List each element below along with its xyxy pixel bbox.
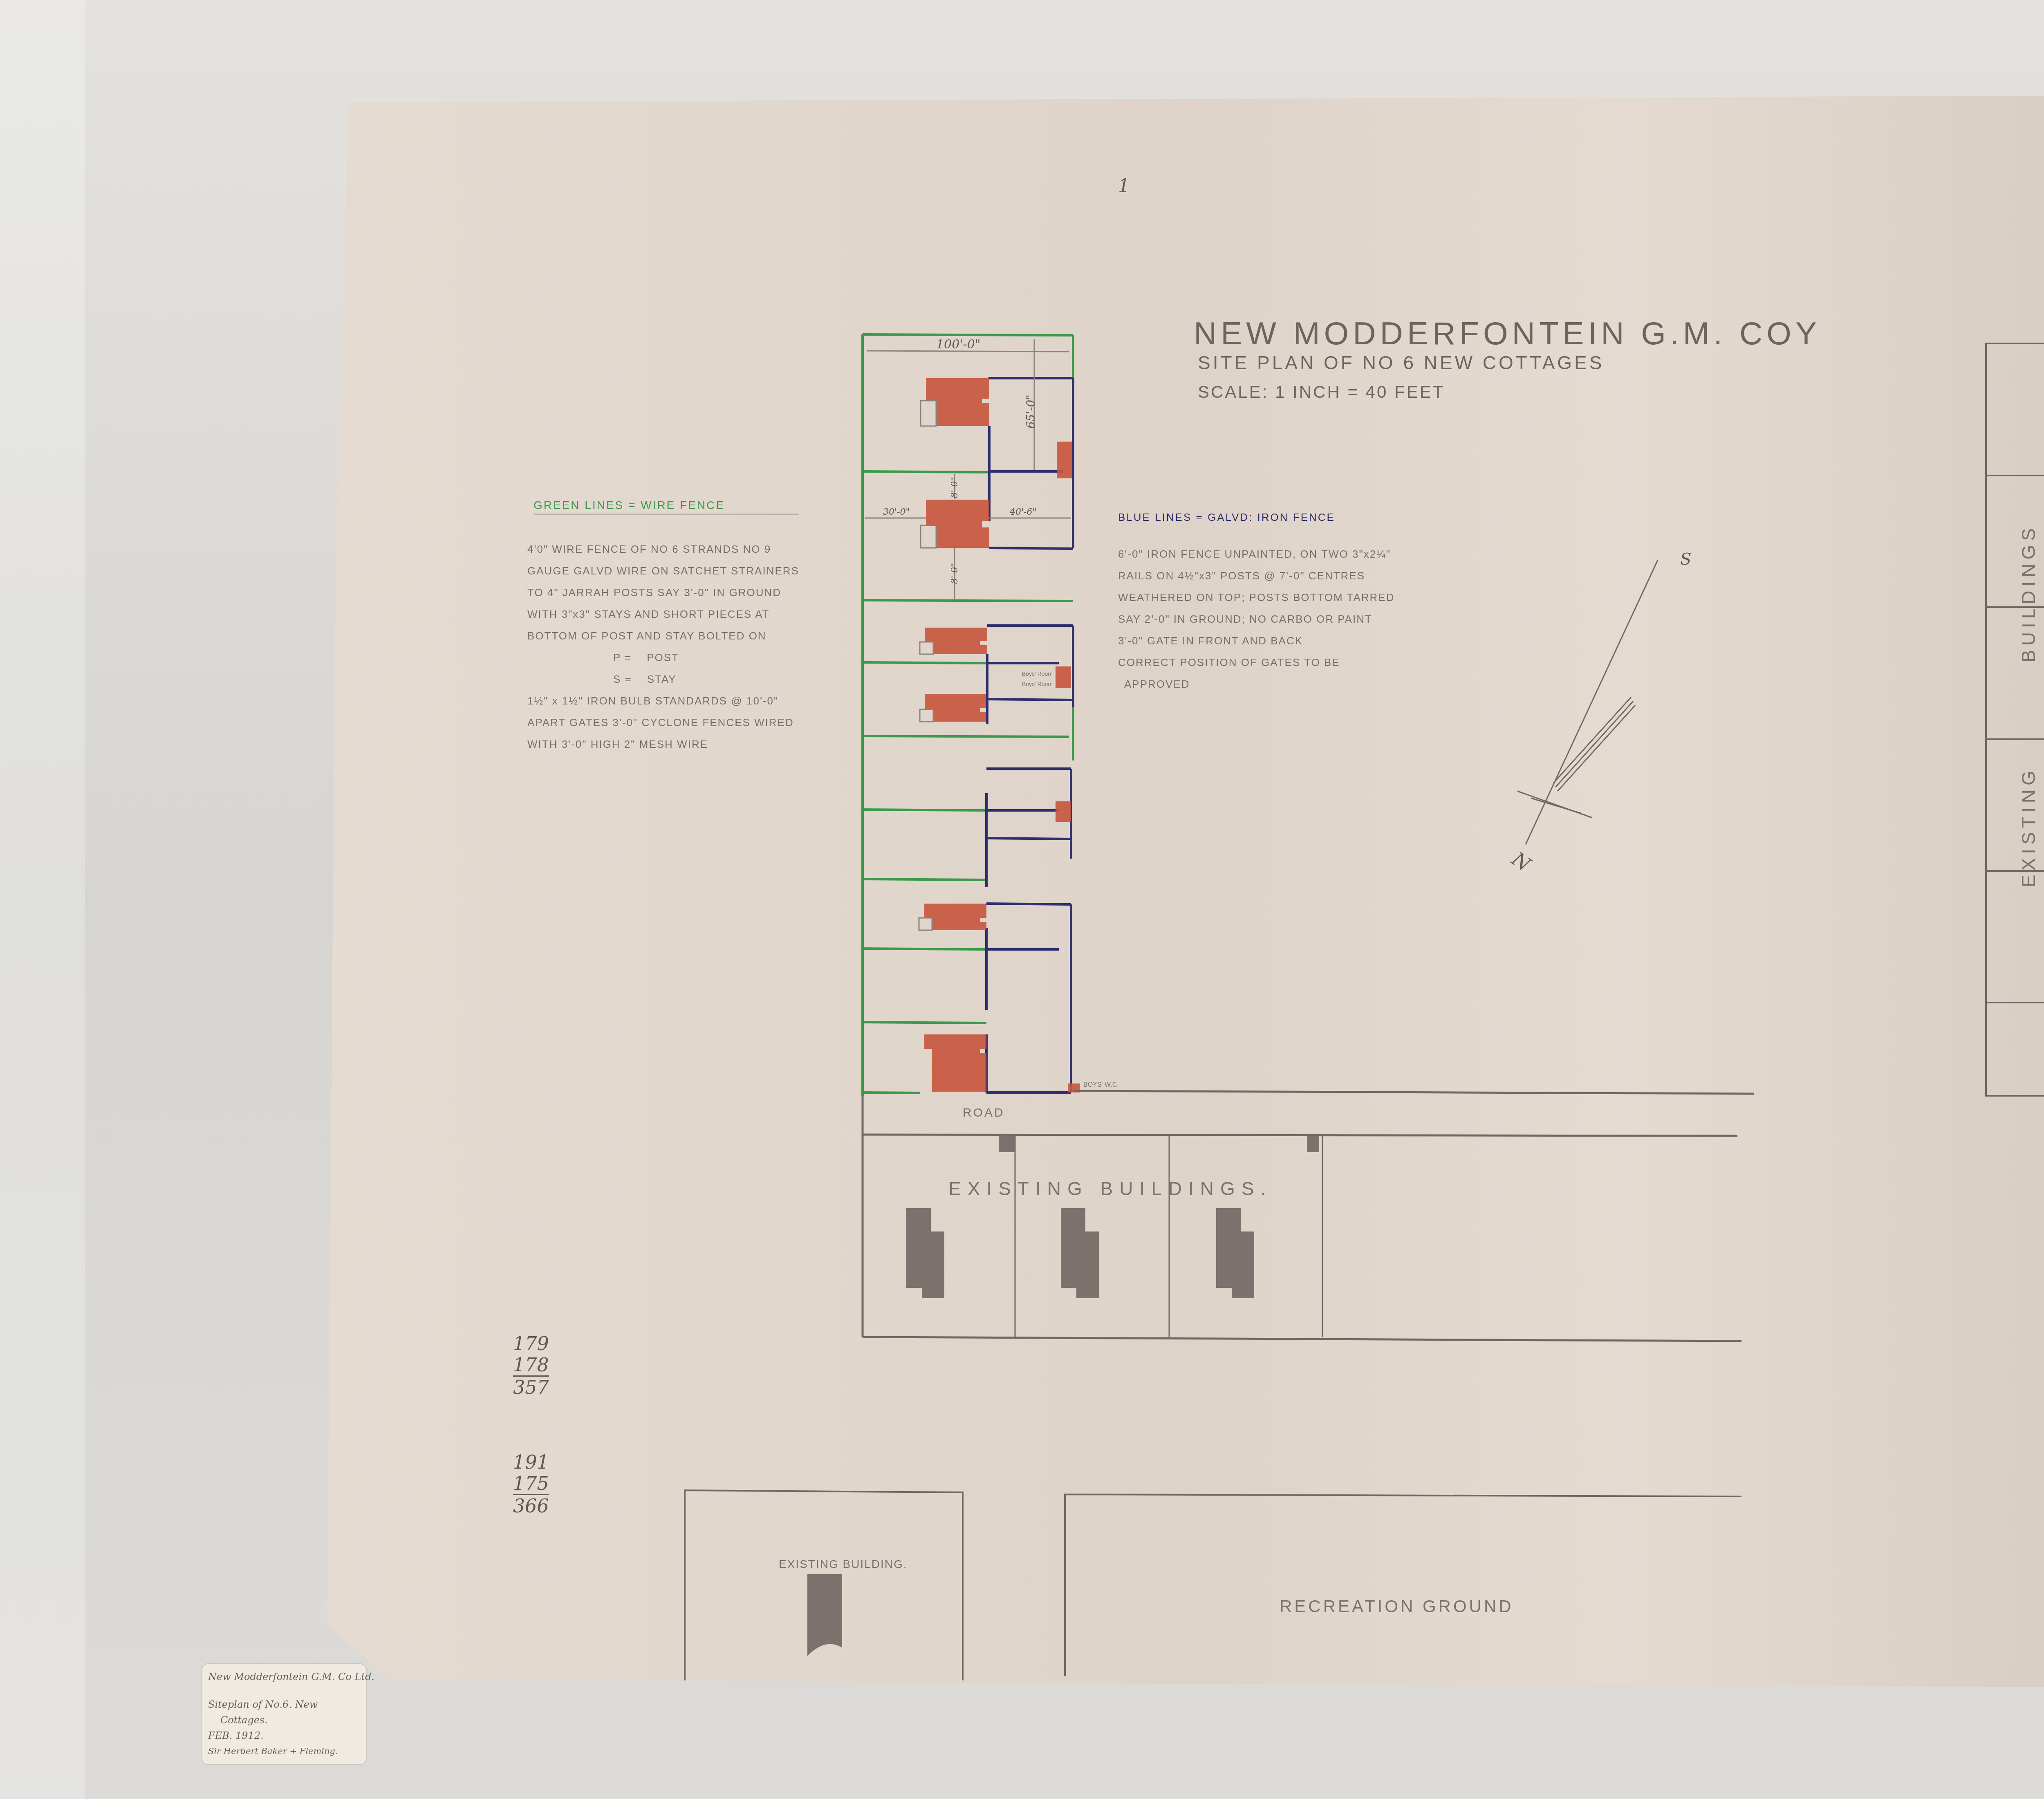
cottage-porch-outlines [919, 401, 936, 930]
dimension-setback-right: 40'-6" [1010, 507, 1037, 517]
dimension-gap-bottom: 8'-0" [950, 563, 960, 584]
dimension-setback-left: 30'-0" [883, 507, 910, 517]
road-label: ROAD [963, 1106, 1005, 1120]
archive-label: New Modderfontein G.M. Co Ltd. Siteplan … [202, 1664, 366, 1764]
boys-room-label: Boys' Room [1022, 671, 1053, 677]
dimension-gap-top: 8'-0" [950, 477, 960, 498]
pencil-calculation-first: 179 178 357 [513, 1333, 549, 1398]
existing-building-single [807, 1574, 842, 1656]
archive-label-line: FEB. 1912. [208, 1728, 360, 1743]
dimension-depth: 65'-0" [1024, 395, 1038, 428]
archive-label-line: Siteplan of No.6. New [208, 1697, 360, 1712]
recreation-ground-label: RECREATION GROUND [1280, 1597, 1514, 1616]
archive-label-line: New Modderfontein G.M. Co Ltd. [208, 1669, 360, 1685]
existing-buildings-right [1986, 343, 2044, 1096]
archive-label-line: Cottages. [220, 1712, 360, 1728]
site-plan-drawing [0, 0, 2044, 1799]
existing-building-label: EXISTING BUILDING. [779, 1558, 908, 1571]
boys-wc-label: BOYS' W.C. [1083, 1081, 1119, 1089]
north-arrow [1517, 560, 1658, 844]
lower-area-outlines [685, 1490, 1741, 1680]
road-edges [863, 1091, 1754, 1341]
archive-label-line: Sir Herbert Baker + Fleming. [208, 1743, 360, 1759]
existing-buildings-bottom [906, 1136, 1319, 1298]
boys-room-label: Boys' Room [1022, 681, 1053, 687]
dimension-width: 100'-0" [936, 337, 981, 352]
south-label: S [1680, 550, 1691, 569]
pencil-calculation-second: 191 175 366 [513, 1451, 549, 1516]
existing-buildings-label-right-1: EXISTING [2017, 767, 2040, 887]
existing-buildings-label-right-2: BUILDINGS [2017, 524, 2040, 662]
existing-buildings-label-bottom: EXISTING BUILDINGS. [948, 1178, 1272, 1200]
